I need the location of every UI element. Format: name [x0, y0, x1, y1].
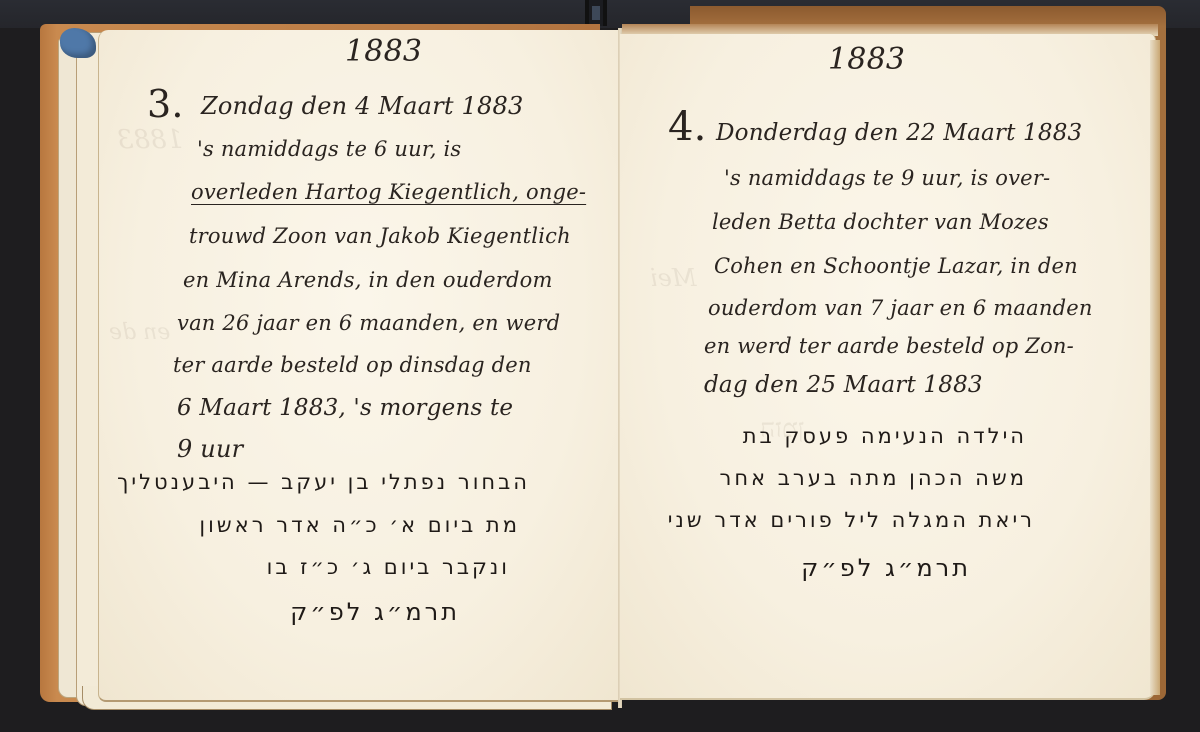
- bleed-through-text: 1883: [117, 125, 183, 155]
- entry-number: 3.: [147, 82, 184, 126]
- entry-line: dag den 25 Maart 1883: [704, 372, 983, 398]
- entry-line: leden Betta dochter van Mozes: [712, 210, 1049, 234]
- page-year-header: 1883: [828, 42, 905, 77]
- hebrew-inscription-line: משה הכהן מתה בערב אחר: [719, 466, 1027, 490]
- entry-line: trouwd Zoon van Jakob Kiegentlich: [189, 224, 571, 248]
- entry-line: van 26 jaar en 6 maanden, en werd: [177, 311, 560, 335]
- entry-line: en Mina Arends, in den ouderdom: [183, 268, 553, 292]
- entry-number: 4.: [668, 104, 707, 150]
- page-year-header: 1883: [345, 34, 422, 69]
- entry-line: 's namiddags te 6 uur, is: [197, 137, 461, 161]
- entry-line: 9 uur: [177, 435, 243, 463]
- entry-line: Zondag den 4 Maart 1883: [201, 92, 523, 120]
- bleed-through-text: Mei: [650, 264, 696, 292]
- hebrew-inscription-line: מת ביום א׳ כ״ה אדר ראשון: [199, 513, 520, 537]
- hebrew-inscription-line: תרמ״ג לפ״ק: [290, 598, 460, 626]
- entry-line: ter aarde besteld op dinsdag den: [173, 353, 532, 377]
- hebrew-inscription-line: ריאת המגלה ליל פורים אדר שני: [668, 508, 1035, 532]
- bleed-through-text: en de: [109, 320, 170, 345]
- entry-line: overleden Hartog Kiegentlich, onge-: [191, 180, 586, 204]
- right-page: Mei הזמן 1883 4. Donderdag den 22 Maart …: [620, 34, 1156, 700]
- hebrew-inscription-line: תרמ״ג לפ״ק: [801, 554, 971, 582]
- clamp-clip: [585, 0, 607, 26]
- hebrew-inscription-line: ונקבר ביום ג׳ כ״ז בו: [267, 555, 510, 579]
- entry-line: en werd ter aarde besteld op Zon-: [704, 334, 1074, 358]
- entry-line: Cohen en Schoontje Lazar, in den: [714, 254, 1078, 278]
- entry-line: ouderdom van 7 jaar en 6 maanden: [708, 296, 1093, 320]
- entry-line: Donderdag den 22 Maart 1883: [716, 120, 1082, 146]
- entry-line: 's namiddags te 9 uur, is over-: [724, 166, 1050, 190]
- entry-line: 6 Maart 1883, 's morgens te: [177, 395, 513, 421]
- hebrew-inscription-line: הבחור נפתלי בן יעקב — היבענטליך: [117, 470, 530, 494]
- hebrew-inscription-line: הילדה הנעימה פעסק בת: [743, 424, 1027, 448]
- page-edge-right: [1150, 40, 1160, 695]
- left-page: 1883 en de 1883 3. Zondag den 4 Maart 18…: [98, 30, 620, 702]
